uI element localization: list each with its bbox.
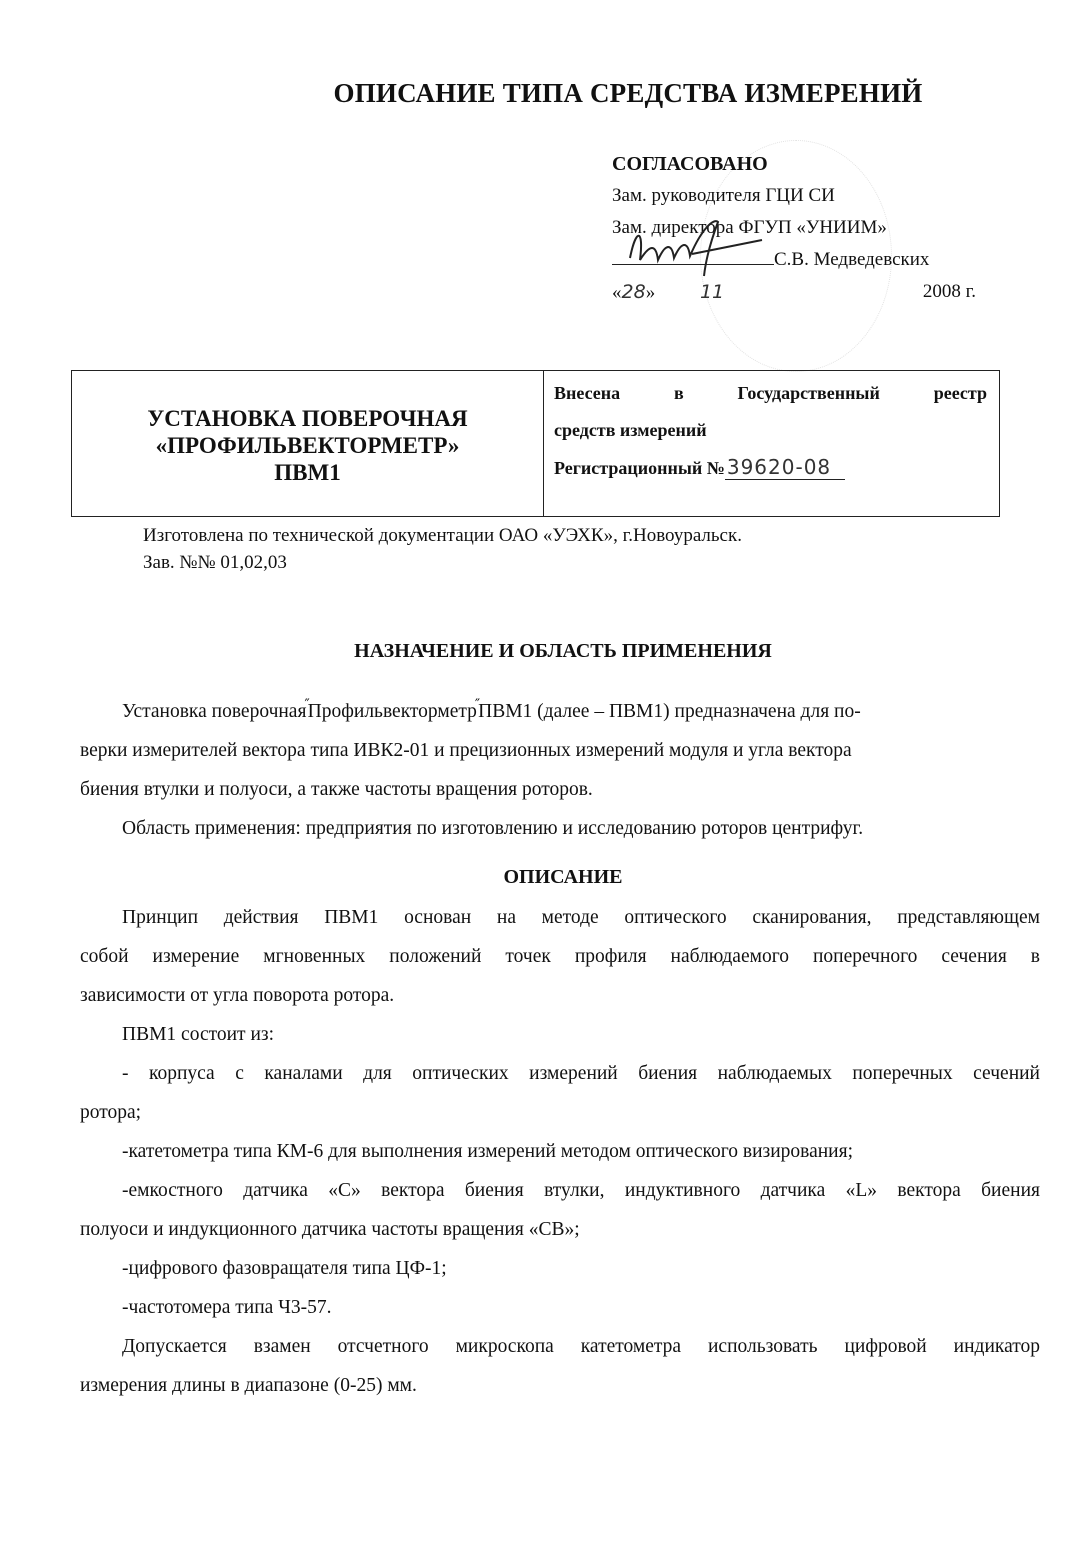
quote-close: » (646, 282, 656, 303)
section-heading-description: ОПИСАНИЕ (0, 866, 1086, 889)
description-line-3: зависимости от угла поворота ротора. (80, 976, 1040, 1015)
device-name-line-3: ПВМ1 (274, 459, 340, 486)
registry-entered-line: Внесена в Государственный реестр (554, 375, 987, 412)
text: ПВМ1 (далее – ПВМ1) предназначена для по… (478, 701, 861, 722)
serial-numbers: Зав. №№ 01,02,03 (143, 549, 742, 576)
component-item-5: -частотомера типа Ч3-57. (80, 1288, 1040, 1327)
text: Установка поверочная (122, 701, 306, 722)
registry-entered-line-2: средств измерений (554, 412, 987, 449)
quote-open: « (612, 282, 622, 303)
date-month: 11 (700, 281, 724, 303)
registration-number: 39620-08 (725, 455, 845, 480)
date-year: 2008 г. (923, 276, 976, 308)
signature-row: С.В. Медведевских (612, 244, 992, 276)
application-area: Область применения: предприятия по изгот… (80, 809, 1040, 848)
component-item-3: -емкостного датчика «С» вектора биения в… (80, 1171, 1040, 1210)
word: Внесена (554, 375, 620, 412)
component-item-1: - корпуса с каналами для оптических изме… (80, 1054, 1040, 1093)
text: Профильвекторметр (308, 701, 477, 722)
date-day: 28 (622, 281, 646, 303)
allowance-line-2: измерения длины в диапазоне (0-25) мм. (80, 1366, 1040, 1405)
approval-date: «28» 11 2008 г. (612, 276, 976, 309)
word: Государственный (738, 375, 880, 412)
registration-label: Регистрационный № (554, 458, 725, 478)
device-name-line-2: «ПРОФИЛЬВЕКТОРМЕТР» (156, 432, 460, 459)
registration-row: Регистрационный №39620-08 (554, 449, 987, 487)
purpose-paragraph: Установка поверочная″Профильвекторметр″П… (80, 686, 1040, 848)
registry-cell: Внесена в Государственный реестр средств… (544, 371, 999, 516)
component-item-3-cont: полуоси и индукционного датчика частоты … (80, 1210, 1040, 1249)
word: реестр (934, 375, 987, 412)
purpose-line-1: Установка поверочная″Профильвекторметр″П… (80, 686, 1040, 731)
purpose-line-2: верки измерителей вектора типа ИВК2-01 и… (80, 731, 1040, 770)
document-title: ОПИСАНИЕ ТИПА СРЕДСТВА ИЗМЕРЕНИЙ (0, 78, 1086, 109)
description-line-2: собой измерение мгновенных положений точ… (80, 937, 1040, 976)
purpose-line-3: биения втулки и полуоси, а также частоты… (80, 770, 1040, 809)
allowance-line-1: Допускается взамен отсчетного микроскопа… (80, 1327, 1040, 1366)
description-line-1: Принцип действия ПВМ1 основан на методе … (80, 898, 1040, 937)
consists-of: ПВМ1 состоит из: (80, 1015, 1040, 1054)
device-name-line-1: УСТАНОВКА ПОВЕРОЧНАЯ (147, 405, 467, 432)
component-item-1-cont: ротора; (80, 1093, 1040, 1132)
signature-icon (622, 218, 772, 278)
component-item-4: -цифрового фазовращателя типа ЦФ-1; (80, 1249, 1040, 1288)
word: в (674, 375, 684, 412)
signature-line (612, 246, 774, 265)
approval-heading: СОГЛАСОВАНО (612, 148, 992, 180)
approval-line-1: Зам. руководителя ГЦИ СИ (612, 180, 992, 212)
approval-block: СОГЛАСОВАНО Зам. руководителя ГЦИ СИ Зам… (612, 148, 992, 309)
device-name-cell: УСТАНОВКА ПОВЕРОЧНАЯ «ПРОФИЛЬВЕКТОРМЕТР»… (72, 371, 544, 516)
manufacture-line-1: Изготовлена по технической документации … (143, 522, 742, 549)
component-item-2: -катетометра типа КМ-6 для выполнения из… (80, 1132, 1040, 1171)
signatory-name: С.В. Медведевских (774, 249, 929, 270)
registry-table: УСТАНОВКА ПОВЕРОЧНАЯ «ПРОФИЛЬВЕКТОРМЕТР»… (71, 370, 1000, 517)
manufacture-info: Изготовлена по технической документации … (143, 522, 742, 576)
section-heading-purpose: НАЗНАЧЕНИЕ И ОБЛАСТЬ ПРИМЕНЕНИЯ (0, 640, 1086, 663)
description-paragraph: Принцип действия ПВМ1 основан на методе … (80, 898, 1040, 1405)
